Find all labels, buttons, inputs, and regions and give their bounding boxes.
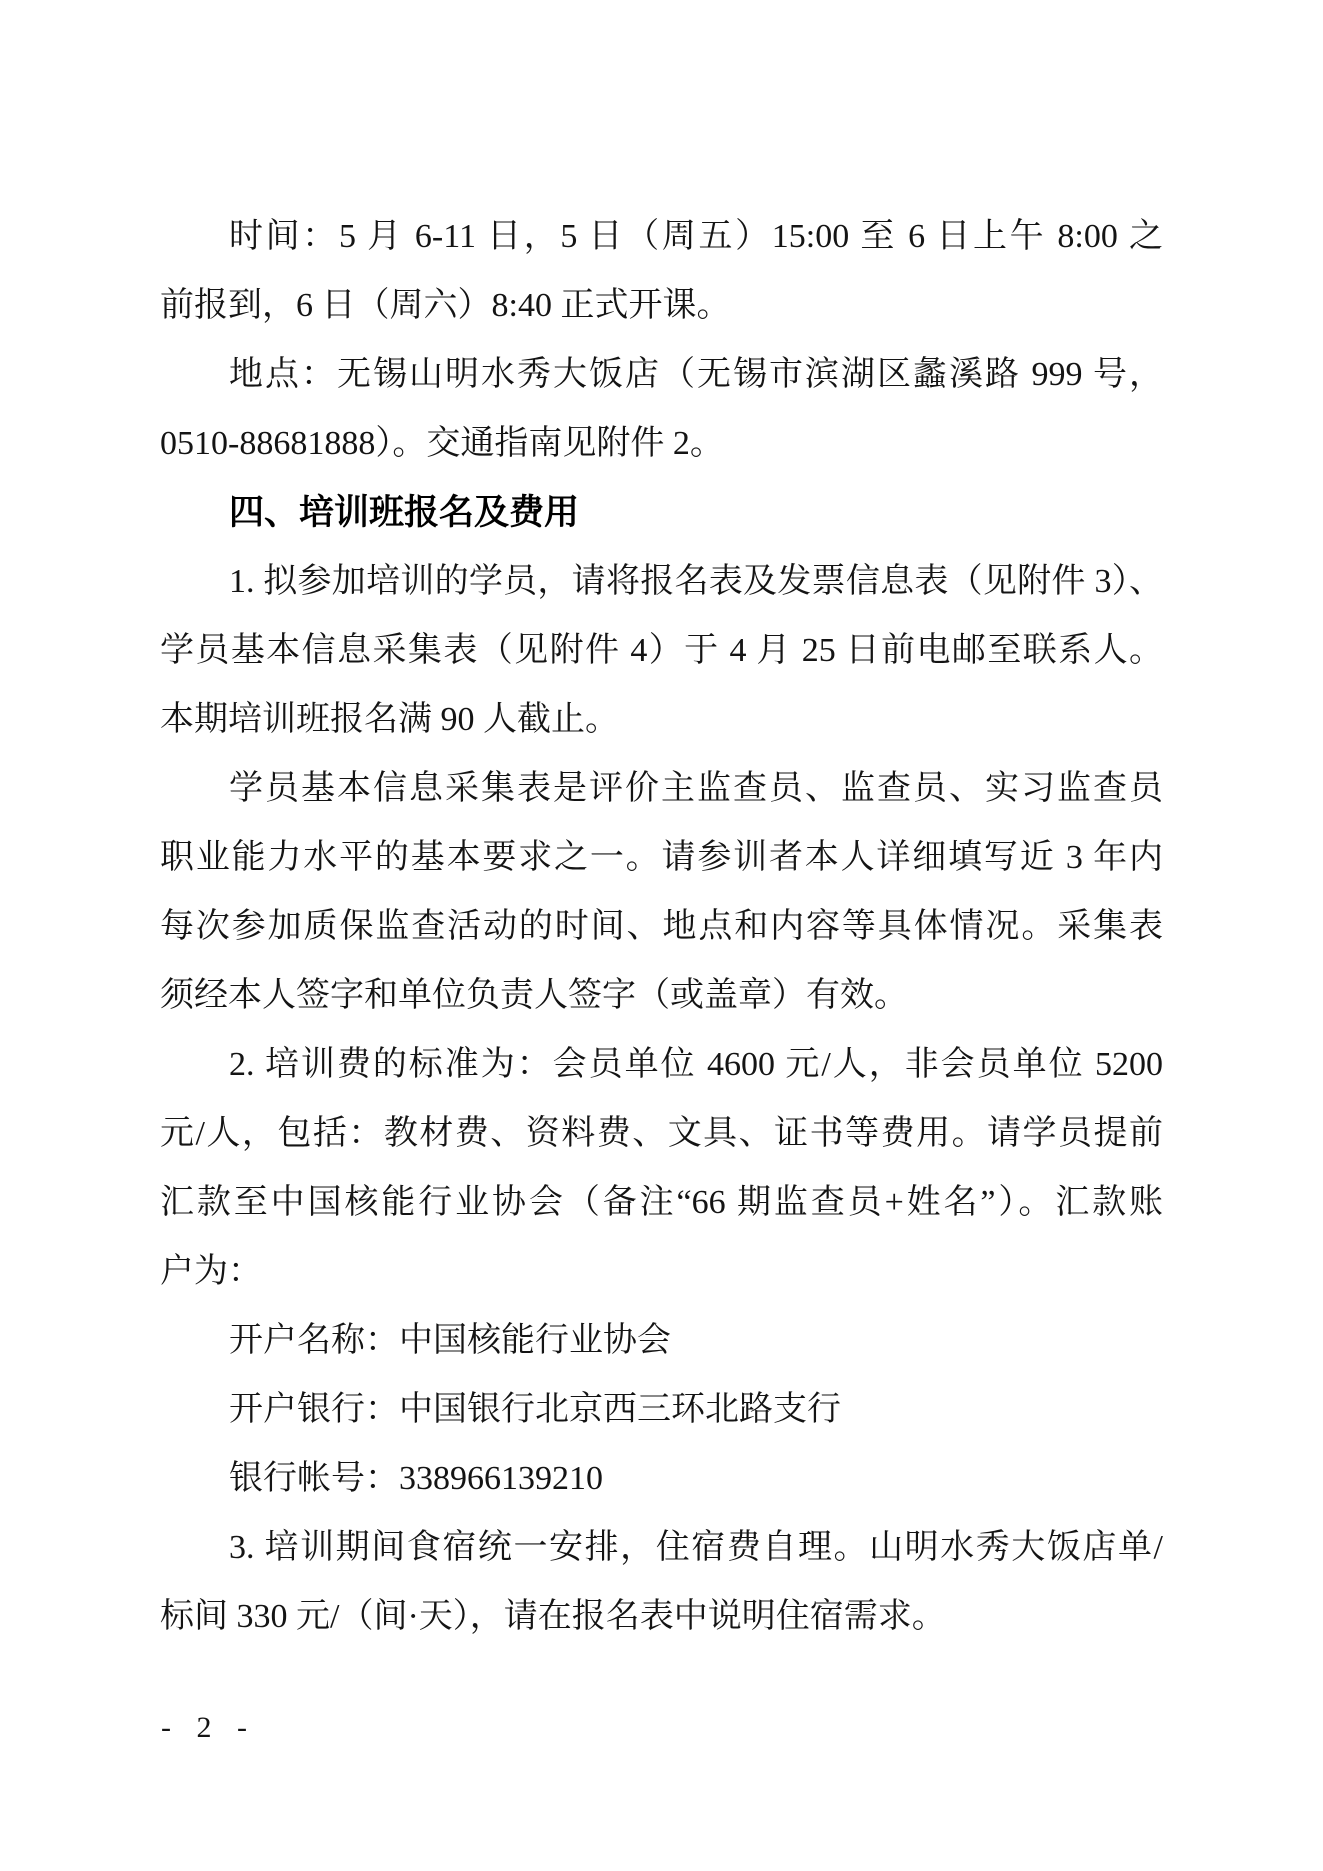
document-page: 时间：5 月 6-11 日，5 日（周五）15:00 至 6 日上午 8:00 … <box>0 0 1323 1871</box>
page-number: - 2 - <box>161 1708 249 1748</box>
text-line: 开户银行：中国银行北京西三环北路支行 <box>160 1375 1163 1444</box>
text-line: 本期培训班报名满 90 人截止。 <box>160 685 1163 754</box>
document-body: 时间：5 月 6-11 日，5 日（周五）15:00 至 6 日上午 8:00 … <box>160 202 1163 1651</box>
text-line: 2. 培训费的标准为：会员单位 4600 元/人，非会员单位 5200 <box>160 1030 1163 1099</box>
text-line: 银行帐号：338966139210 <box>160 1444 1163 1513</box>
text-line: 汇款至中国核能行业协会（备注“66 期监查员+姓名”）。汇款账 <box>160 1168 1163 1237</box>
heading-line: 四、培训班报名及费用 <box>160 478 1163 547</box>
text-line: 元/人，包括：教材费、资料费、文具、证书等费用。请学员提前 <box>160 1099 1163 1168</box>
text-line: 学员基本信息采集表（见附件 4）于 4 月 25 日前电邮至联系人。 <box>160 616 1163 685</box>
paragraph: 1. 拟参加培训的学员，请将报名表及发票信息表（见附件 3）、学员基本信息采集表… <box>160 547 1163 754</box>
paragraph: 2. 培训费的标准为：会员单位 4600 元/人，非会员单位 5200元/人，包… <box>160 1030 1163 1306</box>
text-line: 标间 330 元/（间·天），请在报名表中说明住宿需求。 <box>160 1582 1163 1651</box>
text-line: 前报到，6 日（周六）8:40 正式开课。 <box>160 271 1163 340</box>
paragraph: 时间：5 月 6-11 日，5 日（周五）15:00 至 6 日上午 8:00 … <box>160 202 1163 340</box>
text-line: 0510-88681888）。交通指南见附件 2。 <box>160 409 1163 478</box>
text-line: 户为： <box>160 1237 1163 1306</box>
text-line: 开户名称：中国核能行业协会 <box>160 1306 1163 1375</box>
text-line: 地点：无锡山明水秀大饭店（无锡市滨湖区蠡溪路 999 号， <box>160 340 1163 409</box>
paragraph: 地点：无锡山明水秀大饭店（无锡市滨湖区蠡溪路 999 号，0510-886818… <box>160 340 1163 478</box>
text-line: 时间：5 月 6-11 日，5 日（周五）15:00 至 6 日上午 8:00 … <box>160 202 1163 271</box>
paragraph: 学员基本信息采集表是评价主监查员、监查员、实习监查员职业能力水平的基本要求之一。… <box>160 754 1163 1030</box>
text-line: 3. 培训期间食宿统一安排，住宿费自理。山明水秀大饭店单/ <box>160 1513 1163 1582</box>
text-line: 职业能力水平的基本要求之一。请参训者本人详细填写近 3 年内 <box>160 823 1163 892</box>
text-line: 学员基本信息采集表是评价主监查员、监查员、实习监查员 <box>160 754 1163 823</box>
section-heading: 四、培训班报名及费用 <box>160 478 1163 547</box>
text-line: 1. 拟参加培训的学员，请将报名表及发票信息表（见附件 3）、 <box>160 547 1163 616</box>
text-line: 每次参加质保监查活动的时间、地点和内容等具体情况。采集表 <box>160 892 1163 961</box>
paragraph: 开户名称：中国核能行业协会开户银行：中国银行北京西三环北路支行银行帐号：3389… <box>160 1306 1163 1513</box>
text-line: 须经本人签字和单位负责人签字（或盖章）有效。 <box>160 961 1163 1030</box>
paragraph: 3. 培训期间食宿统一安排，住宿费自理。山明水秀大饭店单/标间 330 元/（间… <box>160 1513 1163 1651</box>
